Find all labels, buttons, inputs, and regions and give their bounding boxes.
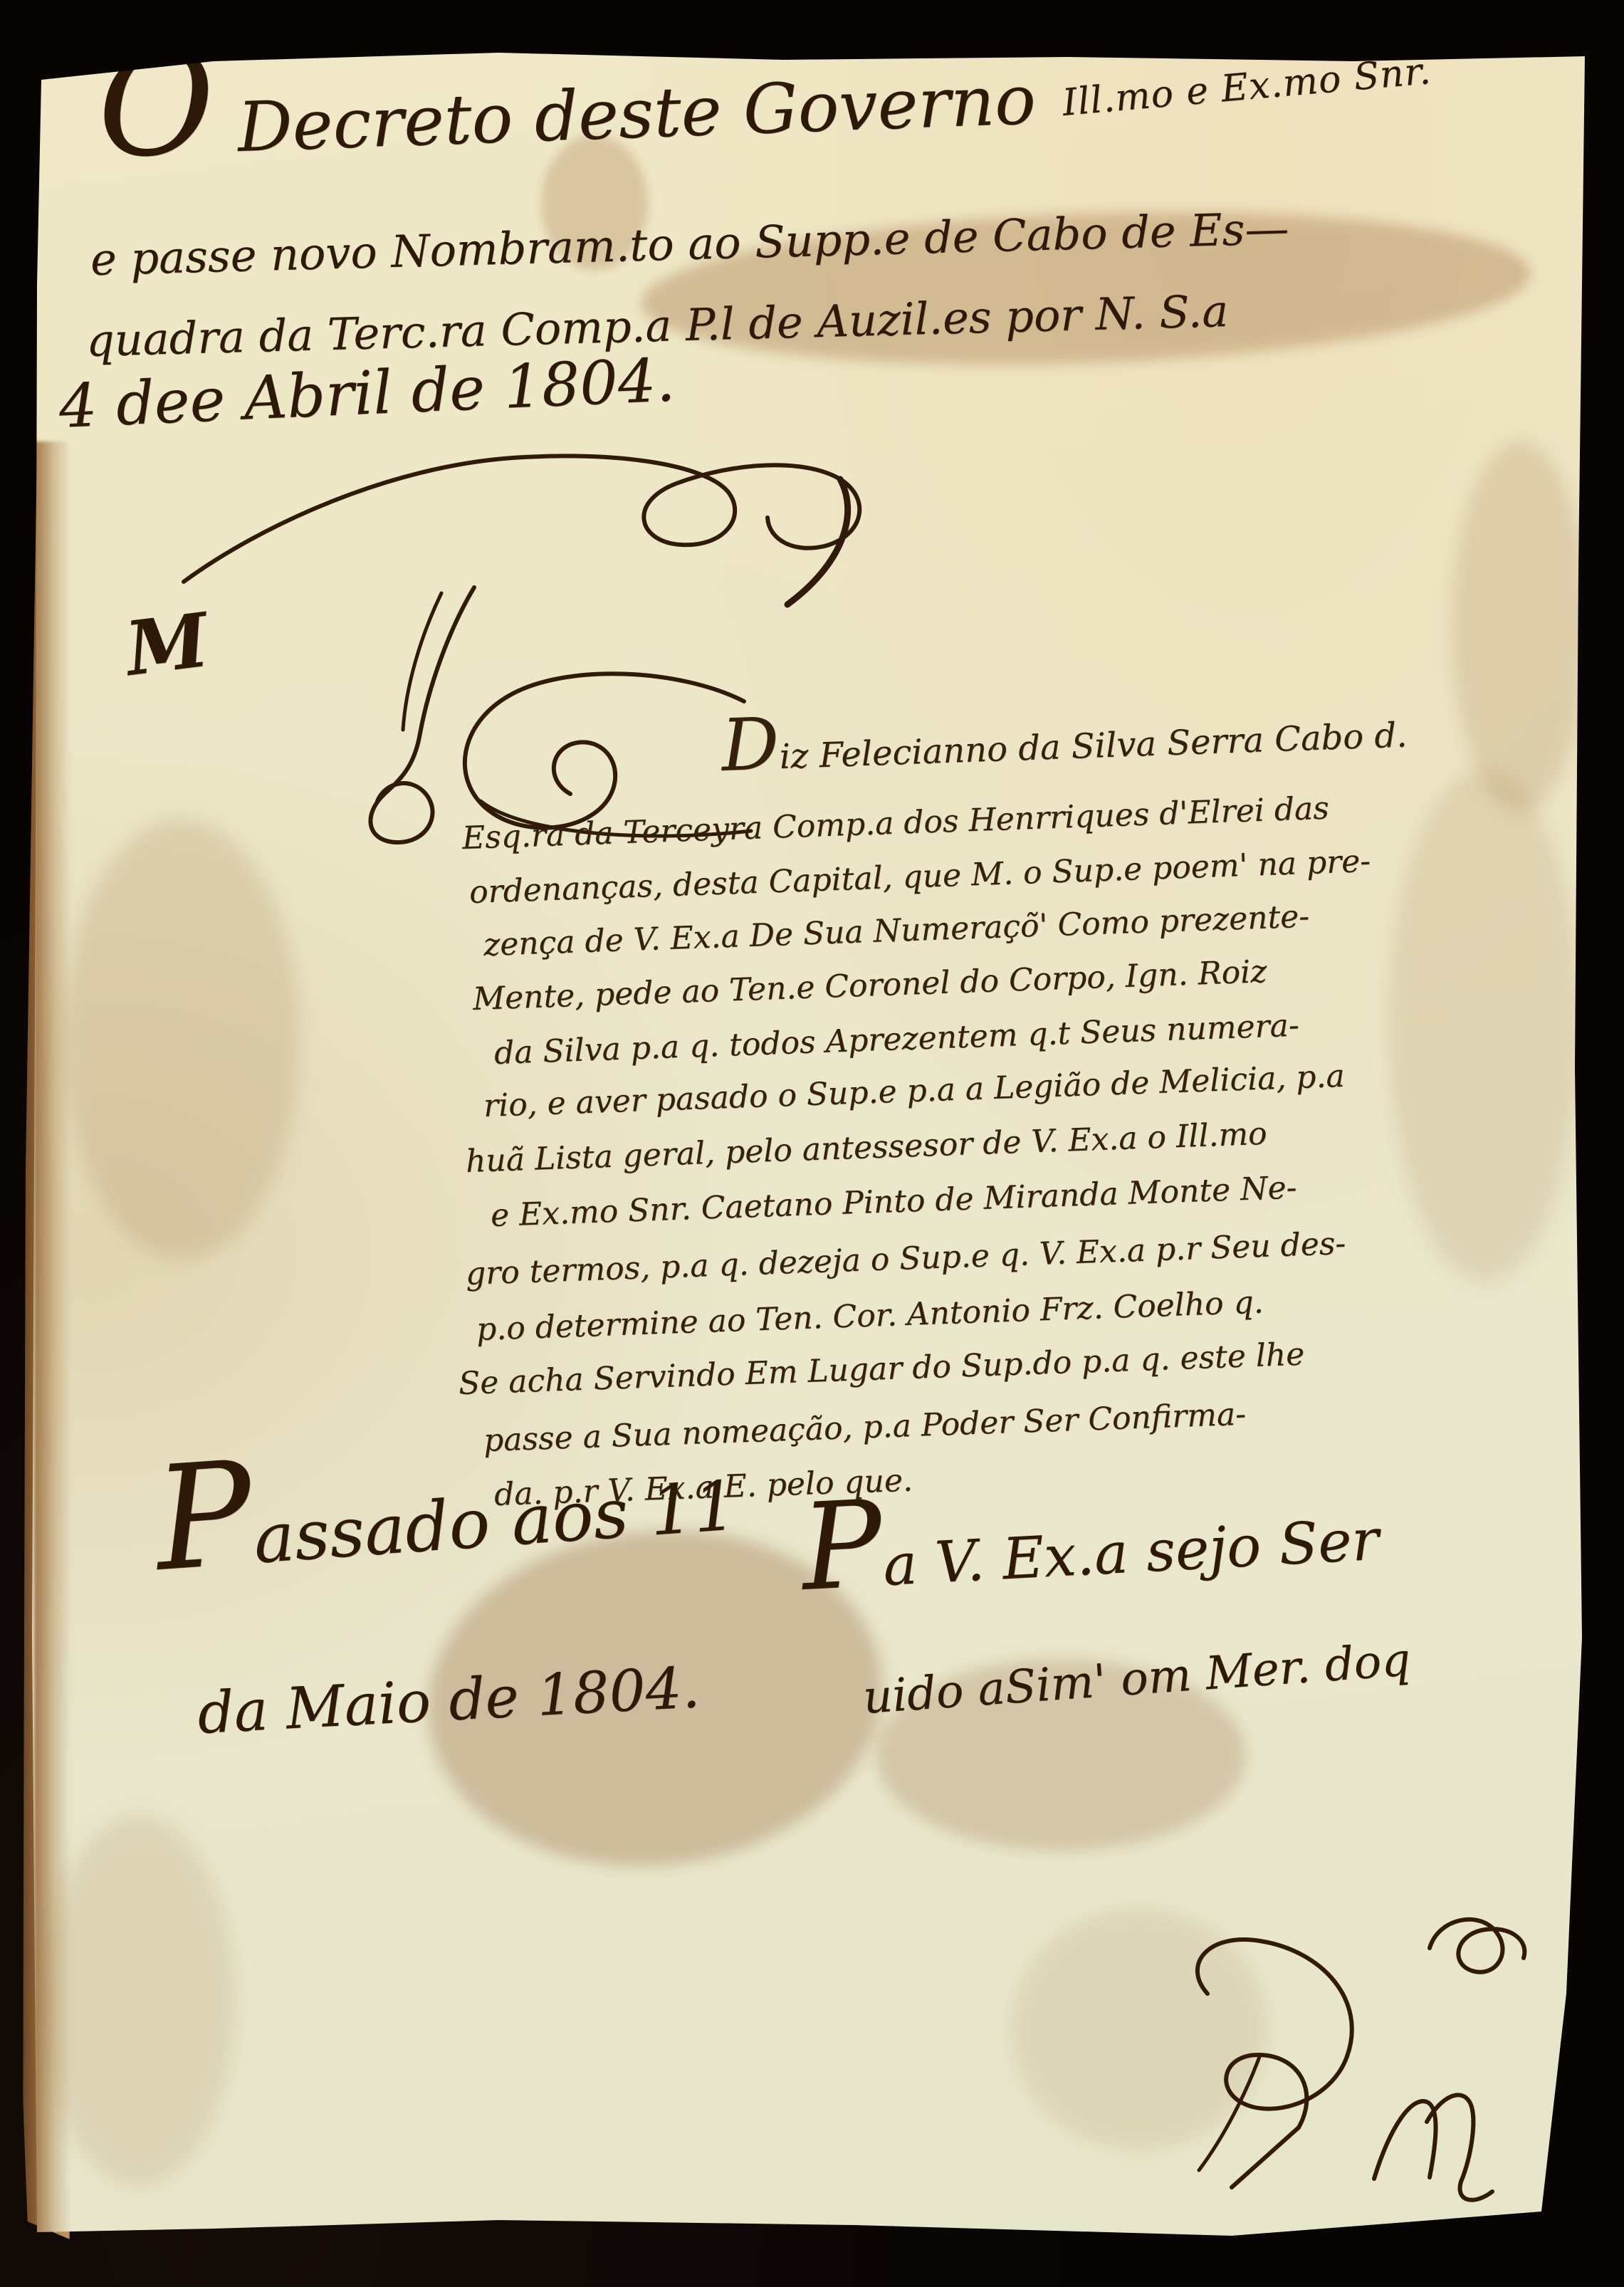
stain [1452,441,1588,812]
dispatch-grant-line-1: Pa V. Ex.a sejo Ser [801,1507,1381,1603]
petition-line: e Ex.mo Snr. Caetano Pinto de Miranda Mo… [490,1169,1297,1234]
petition-line: Mente, pede ao Ten.e Coronel do Corpo, I… [472,953,1267,1017]
petition-line: zença de V. Ex.a De Sua Numeraçõ' Como p… [483,899,1310,963]
decree-line-1: O Decreto deste Governo [97,60,1037,172]
stain [1011,1908,1267,2150]
stain [64,819,299,1260]
decree-line-2: e passe novo Nombram.to ao Supp.e de Cab… [90,202,1289,286]
petition-line: rio, e aver pasado o Sup.e p.a a Legião … [483,1058,1345,1124]
petition-line: Esq.ra da Terceyra Comp.a dos Henrriques… [461,790,1329,857]
dispatch-date-line-1: Passado aos 11 [154,1465,739,1586]
photo-backdrop: Ill.mo e Ex.mo Snr. O Decreto deste Gove… [0,0,1624,2287]
manuscript-paper: Ill.mo e Ex.mo Snr. O Decreto deste Gove… [28,43,1595,2243]
petition-line: p.o determine ao Ten. Cor. Antonio Frz. … [476,1284,1264,1348]
stain [1388,769,1581,1282]
petition-line: Se acha Servindo Em Lugar do Sup.do p.a … [458,1336,1305,1402]
dispatch-date-line-2: da Maio de 1804. [196,1654,701,1747]
courtesy-header: Ill.mo e Ex.mo Snr. [1061,50,1433,125]
deckle-edge-stain [34,441,71,2236]
dispatch-grant-line-2: uido aSim' om Mer. doq [861,1633,1413,1725]
paraph-flourish [178,417,890,616]
petition-line: huã Lista geral, pelo antessesor de V. E… [465,1116,1267,1180]
governor-rubric-flourish [335,580,548,858]
stain [43,1816,235,2186]
petition-line: gro termos, p.a q. dezeja o Sup.e q. V. … [465,1225,1346,1292]
petition-line: Diz Felecianno da Silva Serra Cabo d. [721,715,1408,779]
petition-line: passe a Sua nomeação, p.a Poder Ser Conf… [483,1396,1247,1459]
governor-initials: M [121,596,213,693]
signature-rubric [1139,1880,1538,2214]
petition-line: da Silva p.a q. todos Aprezentem q.t Seu… [493,1008,1299,1072]
